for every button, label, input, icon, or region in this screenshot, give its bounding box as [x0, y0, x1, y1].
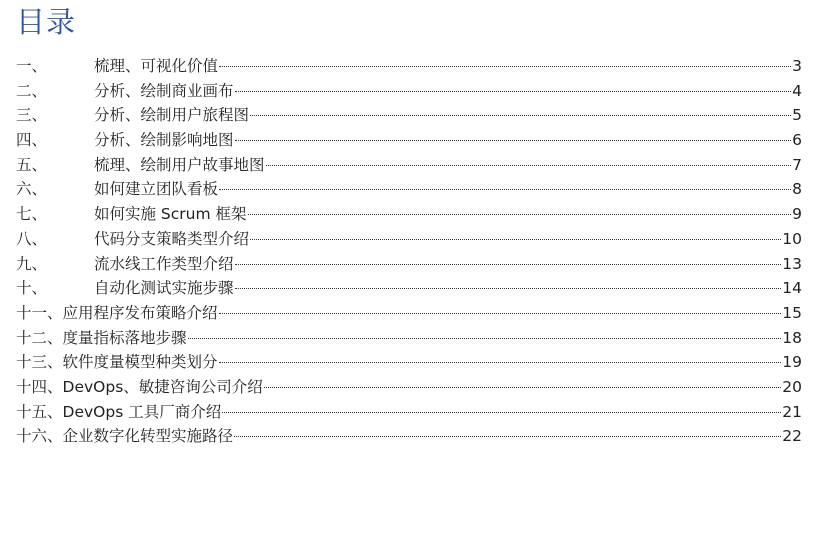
toc-entry-number: 十二、: [16, 326, 63, 350]
toc-entry-page[interactable]: 22: [782, 424, 802, 448]
toc-entry[interactable]: 十六、 企业数字化转型实施路径 22: [16, 424, 802, 449]
toc-entry-number: 九、: [16, 252, 94, 276]
dot-leader: [235, 264, 782, 265]
toc-entry-page[interactable]: 10: [782, 227, 802, 251]
dot-leader: [219, 313, 782, 314]
dot-leader: [250, 239, 781, 240]
toc-entry-label[interactable]: 梳理、绘制用户故事地图: [94, 153, 265, 177]
toc-entry-page[interactable]: 9: [792, 202, 802, 226]
toc-entry[interactable]: 十一、 应用程序发布策略介绍 15: [16, 301, 802, 326]
toc-entry-page[interactable]: 4: [792, 79, 802, 103]
toc-entry[interactable]: 十五、 DevOps 工具厂商介绍 21: [16, 400, 802, 425]
dot-leader: [219, 189, 791, 190]
toc-entry[interactable]: 十四、 DevOps、敏捷咨询公司介绍 20: [16, 375, 802, 400]
toc-entry-page[interactable]: 15: [782, 301, 802, 325]
toc-entry[interactable]: 一、 梳理、可视化价值 3: [16, 54, 802, 79]
toc-entry-page[interactable]: 13: [782, 252, 802, 276]
toc-entry-page[interactable]: 6: [792, 128, 802, 152]
toc-entry-page[interactable]: 14: [782, 276, 802, 300]
toc-entry-page[interactable]: 20: [782, 375, 802, 399]
dot-leader: [219, 66, 791, 67]
toc-entry[interactable]: 五、 梳理、绘制用户故事地图 7: [16, 153, 802, 178]
dot-leader: [234, 436, 781, 437]
toc-entry[interactable]: 十三、 软件度量模型种类划分 19: [16, 350, 802, 375]
toc-entry-page[interactable]: 18: [782, 326, 802, 350]
toc-entry-label[interactable]: 代码分支策略类型介绍: [94, 227, 249, 251]
toc-entry[interactable]: 七、 如何实施 Scrum 框架 9: [16, 202, 802, 227]
toc-entry-label[interactable]: 分析、绘制商业画布: [94, 79, 234, 103]
toc-entry[interactable]: 四、 分析、绘制影响地图 6: [16, 128, 802, 153]
toc-entry[interactable]: 十、 自动化测试实施步骤 14: [16, 276, 802, 301]
toc-entry-label[interactable]: 应用程序发布策略介绍: [63, 301, 218, 325]
toc-entry-number: 六、: [16, 177, 94, 201]
toc-entry-label[interactable]: 梳理、可视化价值: [94, 54, 218, 78]
dot-leader: [264, 387, 781, 388]
dot-leader: [219, 362, 782, 363]
toc-entry-label[interactable]: DevOps 工具厂商介绍: [63, 400, 222, 424]
toc-entry-label[interactable]: 自动化测试实施步骤: [94, 276, 234, 300]
toc-entry-label[interactable]: 流水线工作类型介绍: [94, 252, 234, 276]
toc-entry-number: 七、: [16, 202, 94, 226]
dot-leader: [188, 338, 782, 339]
toc-entry-page[interactable]: 7: [792, 153, 802, 177]
toc-entry-label[interactable]: 分析、绘制影响地图: [94, 128, 234, 152]
toc-entry-label[interactable]: DevOps、敏捷咨询公司介绍: [63, 375, 263, 399]
toc-entry-page[interactable]: 5: [792, 103, 802, 127]
dot-leader: [250, 115, 791, 116]
toc-entry[interactable]: 六、 如何建立团队看板 8: [16, 177, 802, 202]
toc-entry-number: 十四、: [16, 375, 63, 399]
toc-entry-number: 十六、: [16, 424, 63, 448]
toc-entry[interactable]: 九、 流水线工作类型介绍 13: [16, 252, 802, 277]
toc-entry[interactable]: 二、 分析、绘制商业画布 4: [16, 79, 802, 104]
toc-entry-number: 十一、: [16, 301, 63, 325]
dot-leader: [235, 288, 782, 289]
toc-title: 目录: [16, 2, 76, 42]
toc-entry-page[interactable]: 3: [792, 54, 802, 78]
toc-entry-page[interactable]: 19: [782, 350, 802, 374]
toc-entry-label[interactable]: 如何实施 Scrum 框架: [94, 202, 247, 226]
toc-entry-number: 十、: [16, 276, 94, 300]
toc-list: 一、 梳理、可视化价值 3 二、 分析、绘制商业画布 4 三、 分析、绘制用户旅…: [16, 54, 802, 449]
toc-entry-number: 二、: [16, 79, 94, 103]
toc-entry[interactable]: 八、 代码分支策略类型介绍 10: [16, 227, 802, 252]
toc-entry-number: 四、: [16, 128, 94, 152]
toc-entry-label[interactable]: 度量指标落地步骤: [63, 326, 187, 350]
toc-entry-number: 八、: [16, 227, 94, 251]
toc-entry-page[interactable]: 8: [792, 177, 802, 201]
dot-leader: [235, 91, 792, 92]
toc-entry-label[interactable]: 分析、绘制用户旅程图: [94, 103, 249, 127]
dot-leader: [235, 140, 792, 141]
toc-entry-number: 三、: [16, 103, 94, 127]
toc-entry-number: 五、: [16, 153, 94, 177]
toc-entry-label[interactable]: 软件度量模型种类划分: [63, 350, 218, 374]
toc-entry[interactable]: 十二、 度量指标落地步骤 18: [16, 326, 802, 351]
dot-leader: [266, 165, 792, 166]
toc-entry-label[interactable]: 如何建立团队看板: [94, 177, 218, 201]
toc-entry-number: 一、: [16, 54, 94, 78]
dot-leader: [248, 214, 792, 215]
toc-entry-page[interactable]: 21: [782, 400, 802, 424]
toc-entry[interactable]: 三、 分析、绘制用户旅程图 5: [16, 103, 802, 128]
dot-leader: [222, 412, 781, 413]
toc-entry-number: 十三、: [16, 350, 63, 374]
toc-entry-label[interactable]: 企业数字化转型实施路径: [63, 424, 234, 448]
toc-entry-number: 十五、: [16, 400, 63, 424]
